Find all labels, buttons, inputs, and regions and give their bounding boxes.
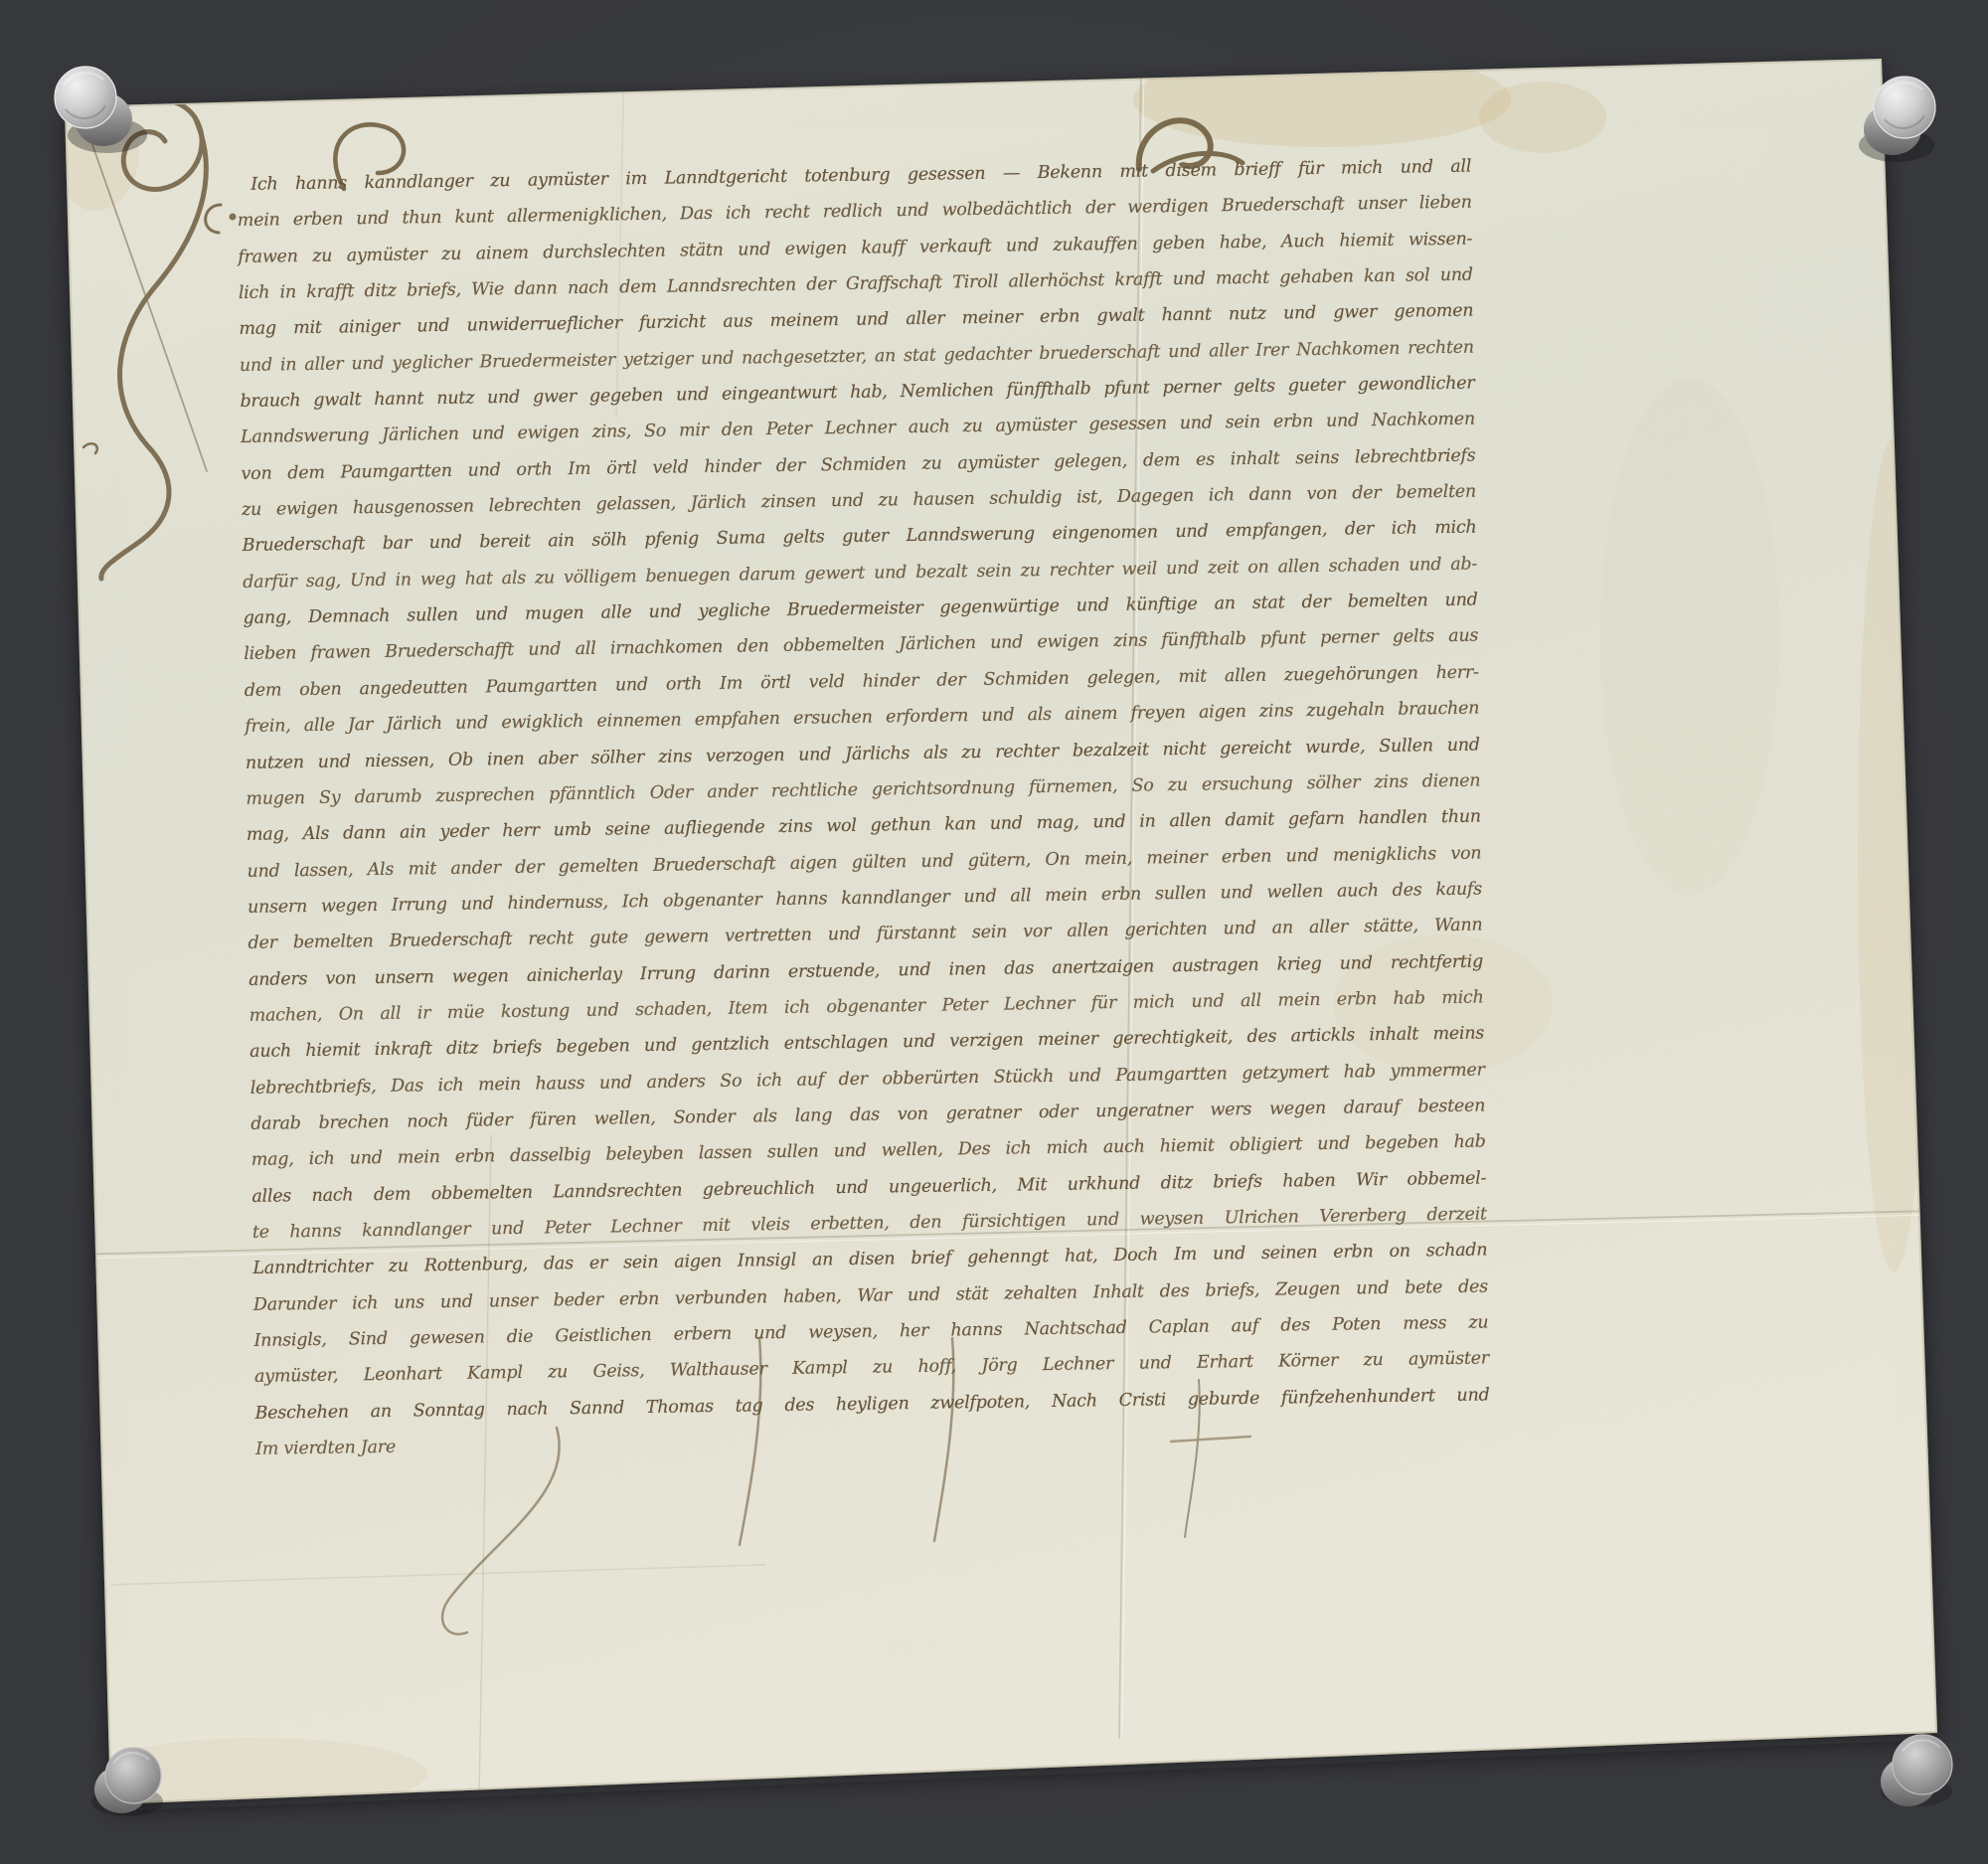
photo-backdrop: Ich hanns kanndlanger zu aymüster im Lan… [0, 0, 1988, 1864]
metal-pin-bottom-right [1881, 1735, 1952, 1806]
metal-pin-bottom-left [91, 1748, 163, 1816]
pin-overlay [0, 0, 1988, 1864]
metal-pin-top-left [55, 67, 147, 153]
metal-pin-top-right [1859, 77, 1935, 162]
